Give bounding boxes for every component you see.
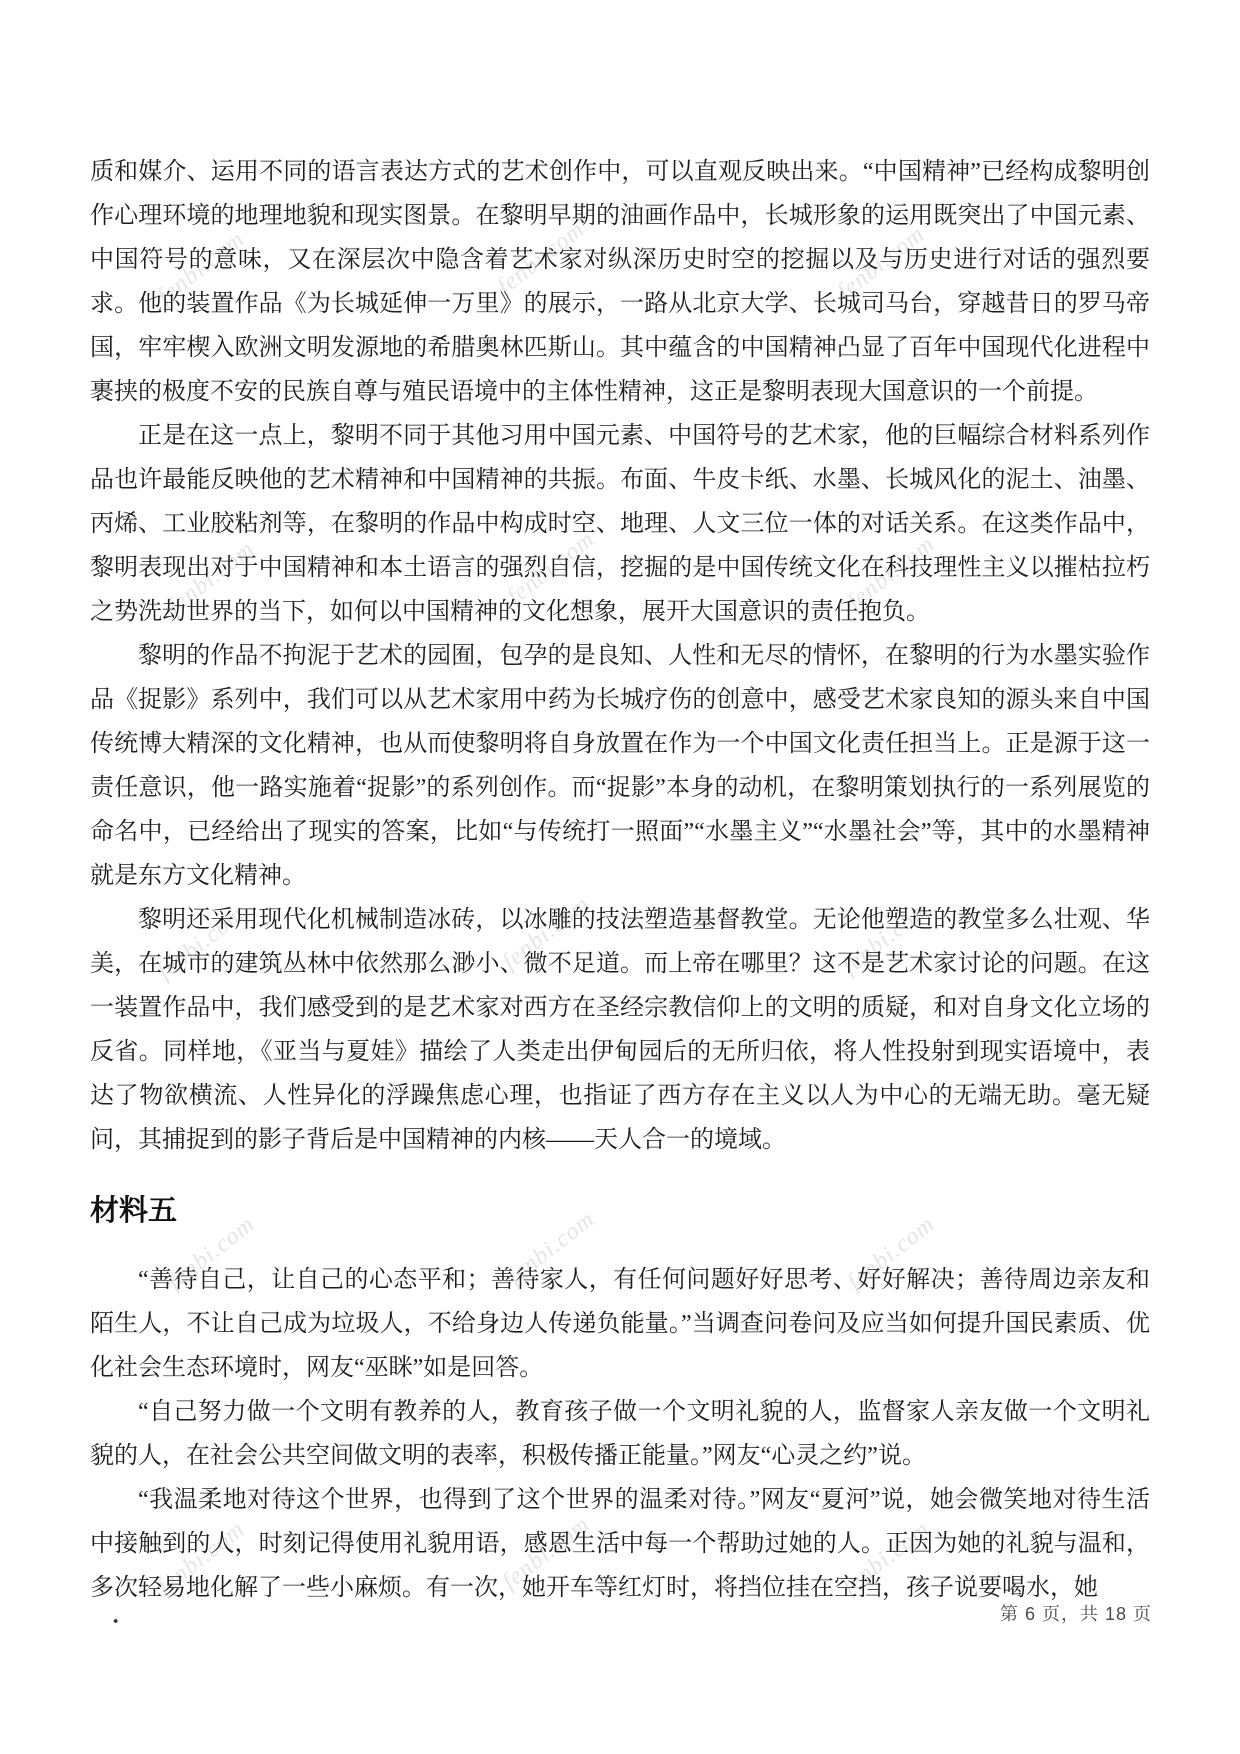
document-page: fenbi.com fenbi.com fenbi.com fenbi.com …: [0, 0, 1240, 1754]
material-five-paragraph: “善待自己，让自己的心态平和；善待家人，有任何问题好好思考、好好解决；善待周边亲…: [90, 1258, 1150, 1390]
material-four-paragraph: 正是在这一点上，黎明不同于其他习用中国元素、中国符号的艺术家，他的巨幅综合材料系…: [90, 414, 1150, 634]
material-four-paragraph-continuation: 质和媒介、运用不同的语言表达方式的艺术创作中，可以直观反映出来。“中国精神”已经…: [90, 150, 1150, 414]
page-number: 第 6 页，共 18 页: [1000, 1600, 1152, 1626]
material-four-paragraph: 黎明的作品不拘泥于艺术的园囿，包孕的是良知、人性和无尽的情怀，在黎明的行为水墨实…: [90, 634, 1150, 898]
material-four-paragraph: 黎明还采用现代化机械制造冰砖，以冰雕的技法塑造基督教堂。无论他塑造的教堂多么壮观…: [90, 898, 1150, 1162]
material-five-paragraph: “我温柔地对待这个世界，也得到了这个世界的温柔对待。”网友“夏河”说，她会微笑地…: [90, 1478, 1150, 1610]
corner-dot-mark: ·: [110, 1605, 121, 1639]
page-body-text: 质和媒介、运用不同的语言表达方式的艺术创作中，可以直观反映出来。“中国精神”已经…: [90, 150, 1150, 1610]
material-five-paragraph: “自己努力做一个文明有教养的人，教育孩子做一个文明礼貌的人，监督家人亲友做一个文…: [90, 1390, 1150, 1478]
material-five-heading: 材料五: [90, 1194, 1150, 1228]
